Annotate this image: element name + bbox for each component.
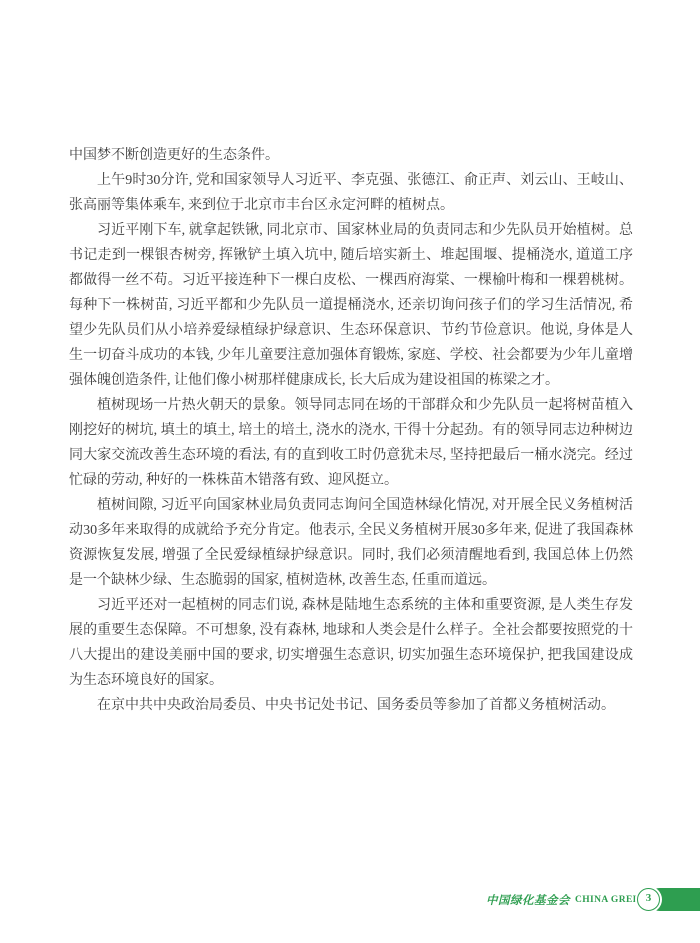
paragraph: 习近平刚下车, 就拿起铁锹, 同北京市、国家林业局的负责同志和少先队员开始植树。…: [69, 218, 633, 393]
paragraph: 中国梦不断创造更好的生态条件。: [69, 143, 633, 168]
document-page: 中国梦不断创造更好的生态条件。上午9时30分许, 党和国家领导人习近平、李克强、…: [0, 0, 700, 943]
paragraph: 在京中共中央政治局委员、中央书记处书记、国务委员等参加了首都义务植树活动。: [69, 693, 633, 718]
page-number-badge: 3: [637, 888, 660, 911]
paragraph: 习近平还对一起植树的同志们说, 森林是陆地生态系统的主体和重要资源, 是人类生存…: [69, 593, 633, 693]
org-logo-chinese: 中国绿化基金会: [486, 892, 570, 908]
body-text: 中国梦不断创造更好的生态条件。上午9时30分许, 党和国家领导人习近平、李克强、…: [69, 143, 633, 718]
paragraph: 上午9时30分许, 党和国家领导人习近平、李克强、张德江、俞正声、刘云山、王岐山…: [69, 168, 633, 218]
paragraph: 植树现场一片热火朝天的景象。领导同志同在场的干部群众和少先队员一起将树苗植入刚挖…: [69, 393, 633, 493]
paragraph: 植树间隙, 习近平向国家林业局负责同志询问全国造林绿化情况, 对开展全民义务植树…: [69, 493, 633, 593]
